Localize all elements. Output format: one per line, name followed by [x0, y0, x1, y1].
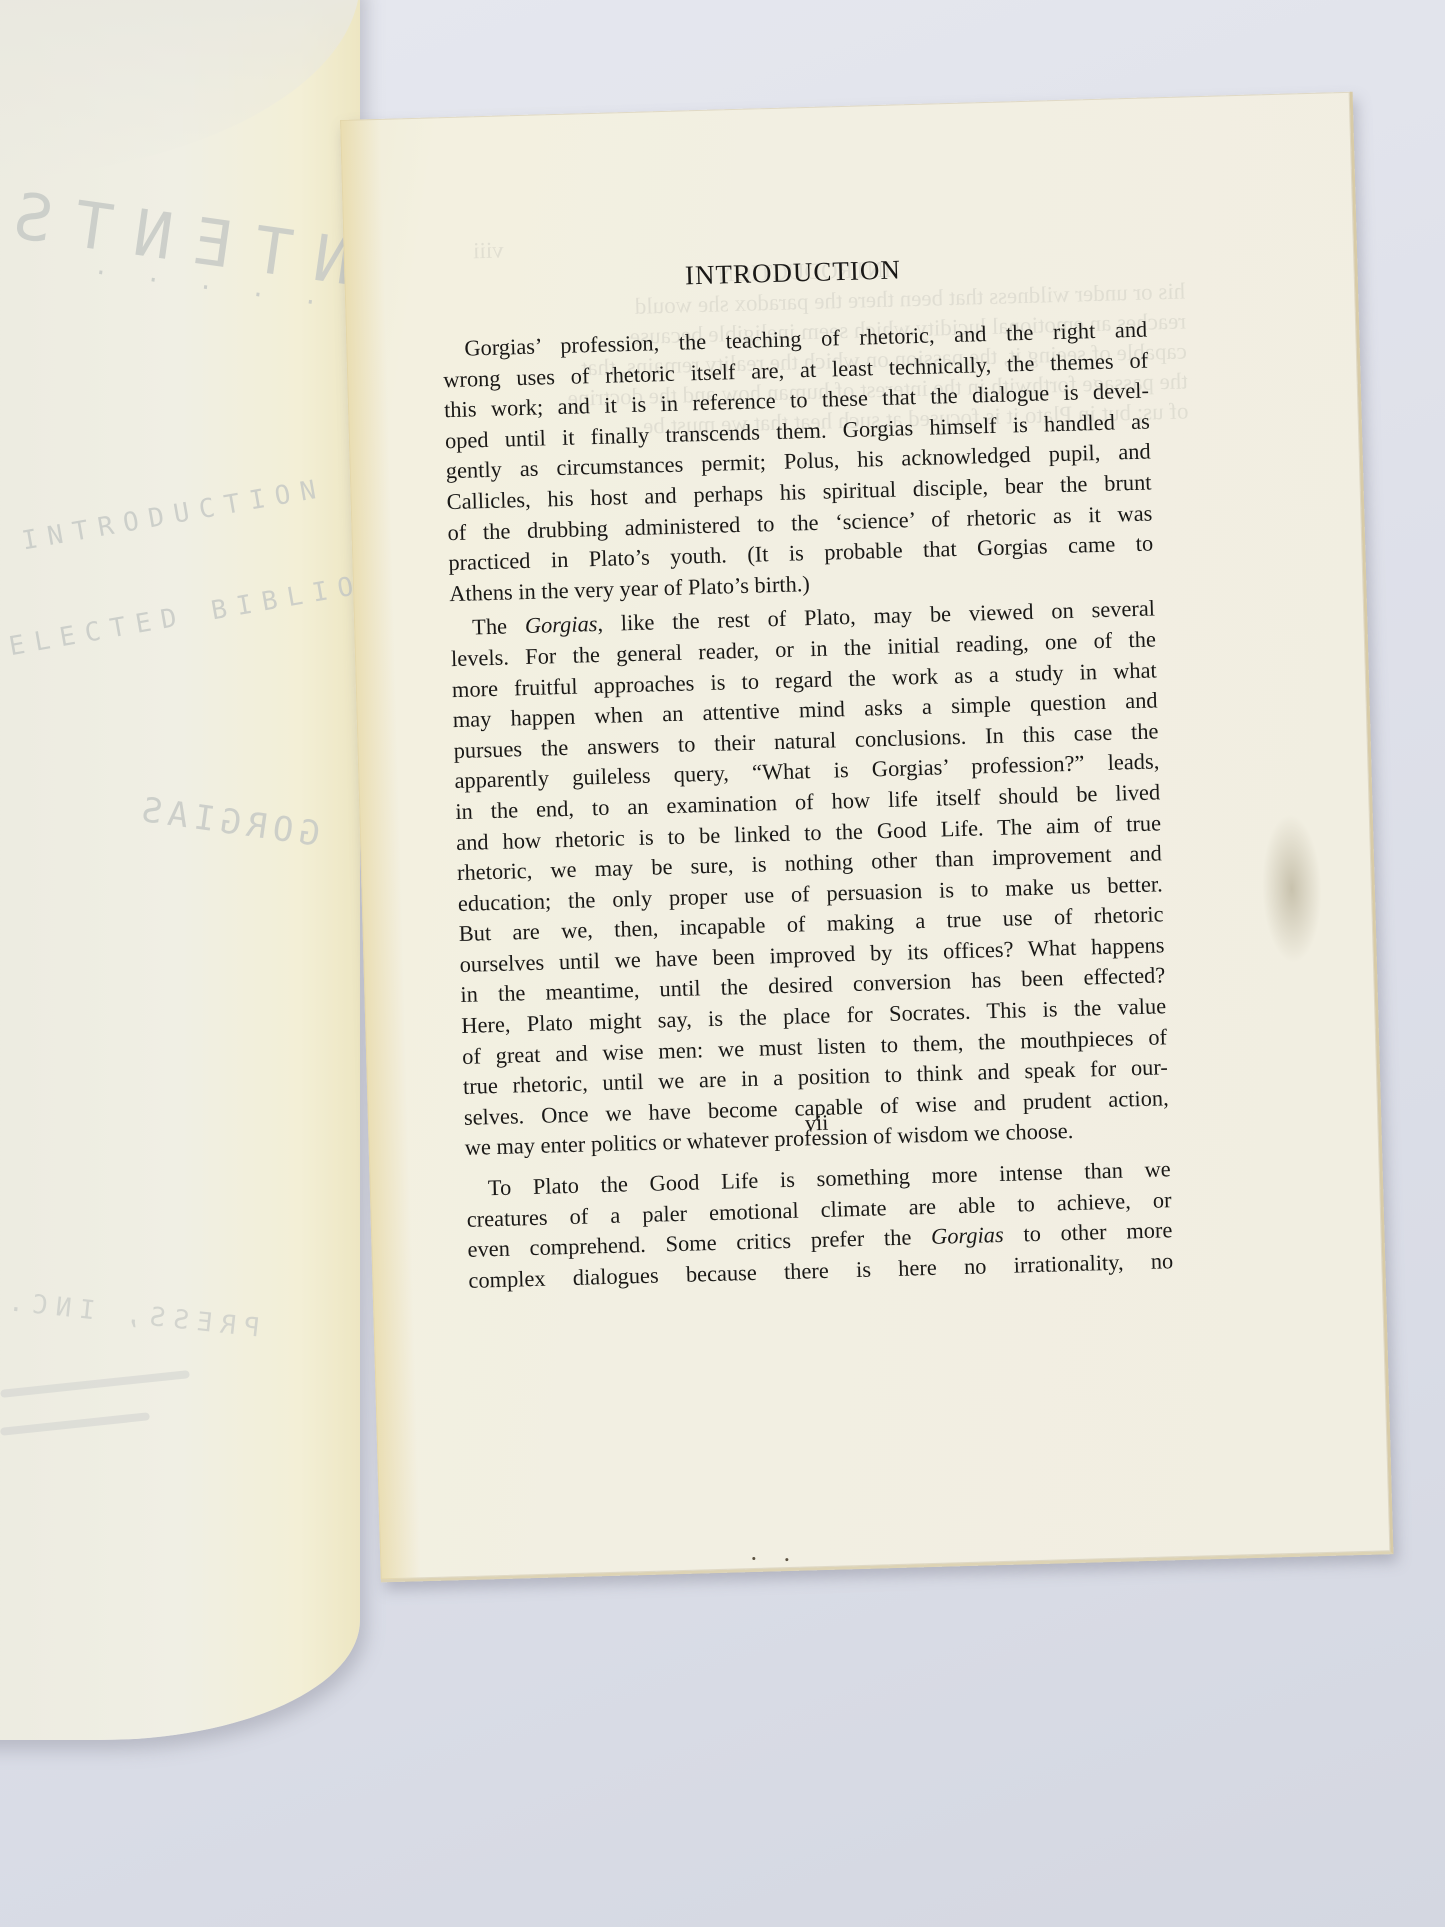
paragraph-3: To Plato the Good Life is something more…	[465, 1154, 1173, 1296]
show-through-line	[0, 1370, 190, 1398]
show-through-entry-introduction: INTRODUCTION	[20, 473, 328, 556]
show-through-line	[0, 1412, 150, 1436]
paper-speck	[752, 1557, 755, 1560]
paragraph-1: Gorgias’ profession, the teaching of rhe…	[442, 315, 1154, 610]
show-through-entry-bibliography: SELECTED BIBLIOGRAPHY	[0, 543, 360, 666]
right-page: viii INTRODUCTION his or under wildness …	[340, 92, 1393, 1583]
italic-title: Gorgias	[931, 1222, 1004, 1249]
show-through-imprint: PRESS, INC.	[0, 1286, 261, 1343]
paper-speck	[785, 1558, 788, 1561]
italic-title: Gorgias	[525, 611, 598, 638]
page-stain	[1260, 813, 1324, 965]
show-through-entry-gorgias: GORGIAS	[133, 789, 322, 854]
paragraph-2: The Gorgias, like the rest of Plato, may…	[450, 594, 1170, 1164]
page-curl-shading	[0, 0, 360, 180]
left-page: CONTENTS · · · · · · · INTRODUCTION SELE…	[0, 0, 360, 1740]
